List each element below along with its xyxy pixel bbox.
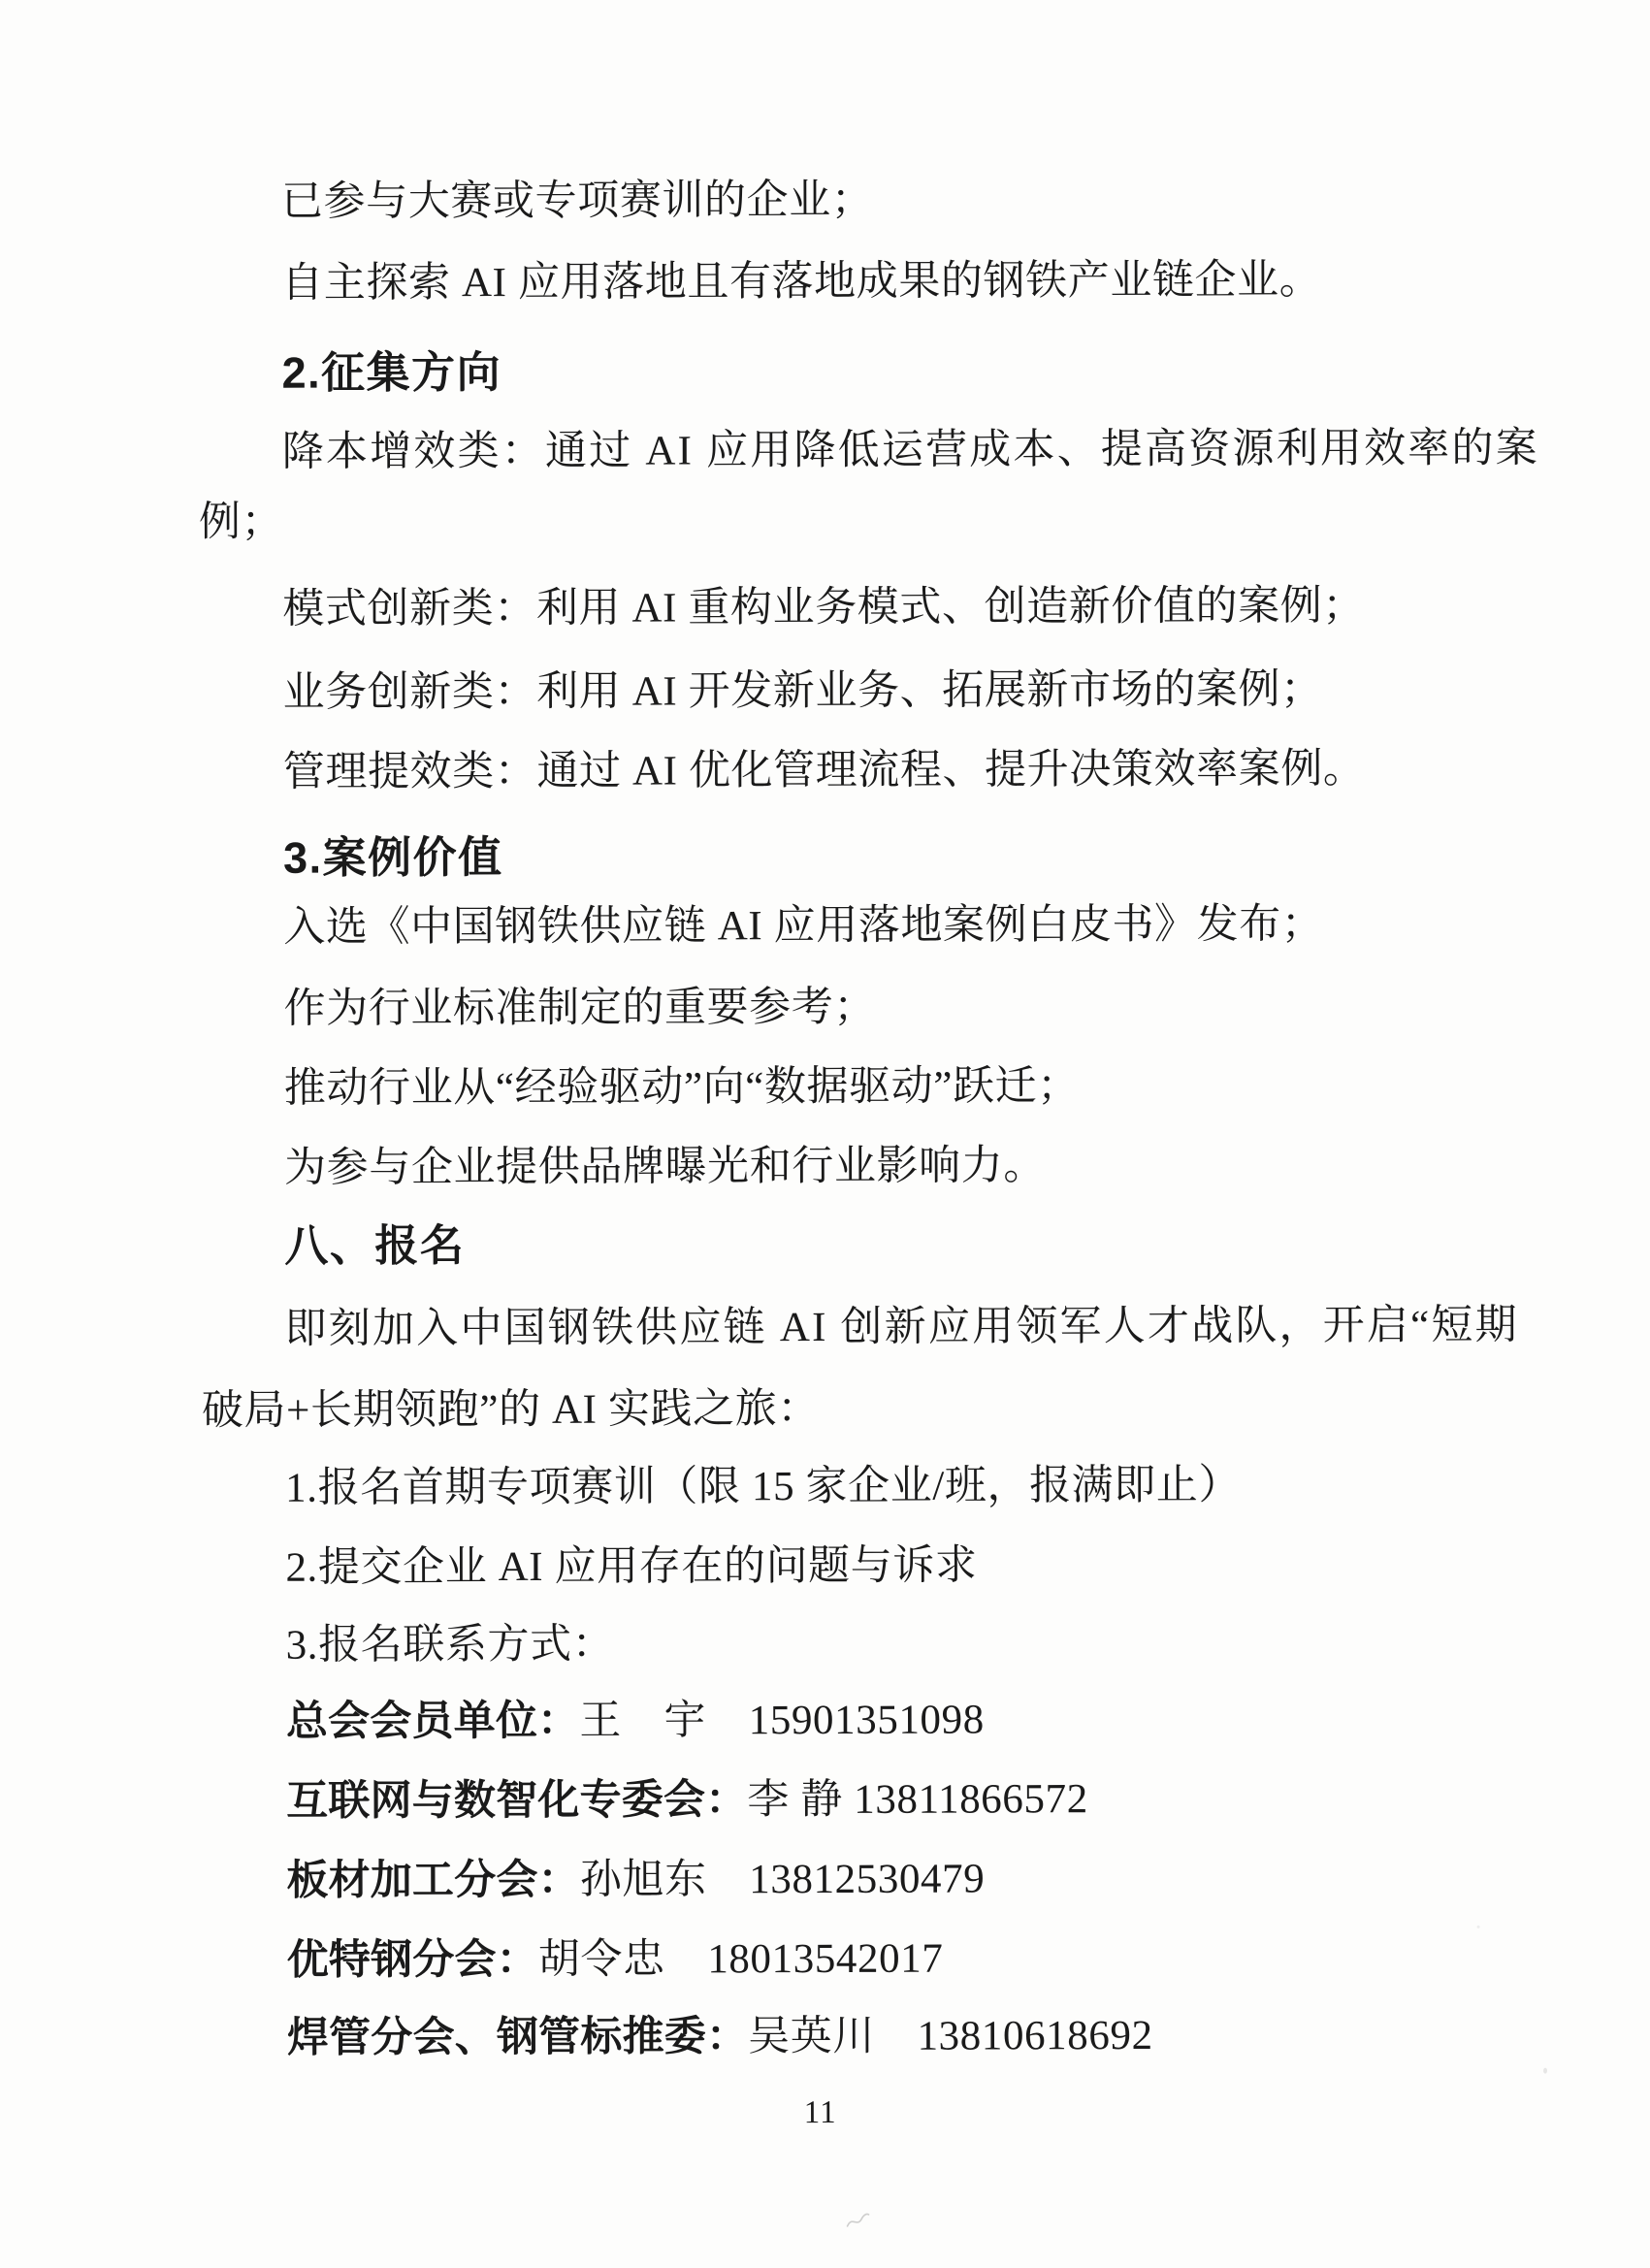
document-content: 已参与大赛或专项赛训的企业； 自主探索 AI 应用落地且有落地成果的钢铁产业链企… <box>0 0 1650 2268</box>
contact-line: 优特钢分会：胡令忠 18013542017 <box>287 1934 944 1987</box>
signup-line: 1.报名首期专项赛训（限 15 家企业/班，报满即止） <box>285 1462 1241 1514</box>
contact-label: 优特钢分会： <box>287 1936 538 1984</box>
section-heading-signup: 八、报名 <box>284 1219 465 1272</box>
contact-line: 板材加工分会：孙旭东 13812530479 <box>286 1854 985 1906</box>
contact-value: 王 宇 15901351098 <box>579 1697 985 1743</box>
contact-label: 互联网与数智化专委会： <box>286 1776 747 1824</box>
contact-value: 吴英川 13810618692 <box>748 2013 1153 2059</box>
contact-line: 互联网与数智化专委会：李 静 13811866572 <box>286 1774 1088 1827</box>
contact-line: 总会会员单位：王 宇 15901351098 <box>286 1695 985 1747</box>
contact-line: 焊管分会、钢管标推委：吴英川 13810618692 <box>287 2011 1153 2064</box>
scan-speck <box>1477 1926 1480 1928</box>
collection-line: 管理提效类：通过 AI 优化管理流程、提升决策效率案例。 <box>283 745 1366 797</box>
collection-line-wrap: 例； <box>199 499 283 548</box>
signup-line: 3.报名联系方式： <box>286 1621 615 1671</box>
section-heading-value: 3.案例价值 <box>283 831 503 884</box>
collection-line: 业务创新类：利用 AI 开发新业务、拓展新市场的案例； <box>282 665 1322 718</box>
collection-line: 降本增效类：通过 AI 应用降低运营成本、提高资源利用效率的案 <box>282 425 1539 478</box>
contact-value: 胡令忠 18013542017 <box>538 1936 944 1983</box>
contact-label: 板材加工分会： <box>286 1857 580 1904</box>
value-line: 入选《中国钢铁供应链 AI 应用落地案例白皮书》发布； <box>283 900 1323 953</box>
contact-label: 焊管分会、钢管标推委： <box>287 2013 748 2060</box>
contact-label: 总会会员单位： <box>286 1698 580 1745</box>
value-line: 为参与企业提供品牌曝光和行业影响力。 <box>284 1142 1046 1193</box>
eligibility-line: 已参与大赛或专项赛训的企业； <box>281 177 874 228</box>
contact-value: 孙旭东 13812530479 <box>580 1856 986 1902</box>
signup-line: 2.提交企业 AI 应用存在的问题与诉求 <box>285 1542 977 1594</box>
contact-value: 李 静 13811866572 <box>747 1776 1088 1823</box>
signup-line-wrap: 破局+长期领跑”的 AI 实践之旅： <box>202 1385 820 1437</box>
section-heading-collection: 2.征集方向 <box>281 346 501 399</box>
value-line: 推动行业从“经验驱动”向“数据驱动”跃迁； <box>284 1062 1080 1114</box>
collection-line: 模式创新类：利用 AI 重构业务模式、创造新价值的案例； <box>282 582 1365 634</box>
eligibility-line: 自主探索 AI 应用落地且有落地成果的钢铁产业链企业。 <box>281 256 1321 308</box>
page-number: 11 <box>0 2092 1645 2133</box>
signup-line: 即刻加入中国钢铁供应链 AI 创新应用领军人才战队，开启“短期 <box>285 1302 1519 1355</box>
scan-squiggle-mark <box>845 2210 870 2231</box>
document-page: 已参与大赛或专项赛训的企业； 自主探索 AI 应用落地且有落地成果的钢铁产业链企… <box>0 0 1650 2268</box>
value-line: 作为行业标准制定的重要参考； <box>284 984 877 1035</box>
scan-speck <box>1543 2068 1547 2074</box>
